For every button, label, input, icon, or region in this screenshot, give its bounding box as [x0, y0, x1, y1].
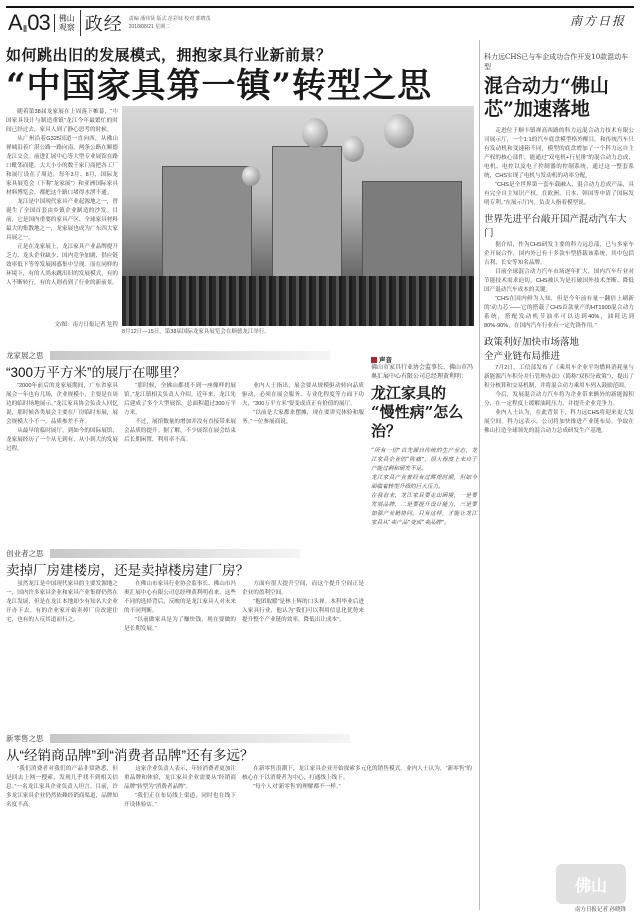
- paragraph: 在新零售浪潮下，龙江家具企业开始探索多元化的销售模式。业内人士认为，“新零售”的…: [242, 765, 472, 783]
- section-name: 政经: [80, 10, 123, 36]
- section-tag: 龙家展之思: [6, 350, 330, 361]
- voice-title: 龙江家具的“慢性病”怎么治？: [371, 384, 477, 441]
- section-city: 佛山观察: [54, 14, 80, 32]
- watermark-logo: 佛山: [556, 864, 626, 904]
- sidebar-body: 据介绍，作为CHS研发主要的科力远总部，已与多家车企开展合作，国内外已有十多款车…: [484, 241, 634, 331]
- paragraph: “抱团取暖”是林上辉的口头禅。本科毕业后进入家具行业，他认为“我们可以利用信息化…: [242, 598, 364, 625]
- lead-paragraph: 正是在龙家展上，龙江家具产业品牌提升乏力、龙头企业缺少、国内竞争加剧、供应链效率…: [6, 243, 118, 288]
- paragraph: “每个人对‘新零售’的理解都不一样。”: [242, 783, 472, 792]
- paragraph: “2000年前后的龙家展期间，广东省家具展会一年也有几场，企业规模小，主要是在周…: [6, 382, 118, 427]
- sidebar-paragraph: 走进位于顺丰镇禅高西路的科力远混合动力技术有限公司展示厅，一个1:1的汽车底盘模…: [484, 127, 634, 181]
- footer-byline: 南方日报记者 孙晓锋: [575, 905, 626, 913]
- paragraph: “以前是大家都来摆摊，现在要讲究体验和服务。”一位参展商说。: [242, 409, 364, 427]
- lead-article: 随着第38届龙家展在上周落下帷幕，“中国家具设计与制造重镇”龙江今年最繁忙的时间…: [6, 108, 118, 288]
- sidebar-kicker: 科力远CHS已与车企成功合作开发10款混动车型: [484, 52, 634, 72]
- paragraph: 方面有很大提升空间，而这个提升空间正是企业的盈利空间。: [242, 580, 364, 598]
- page-masthead: AII03 佛山观察 政经 责编 潘伟贤 版式 范彩妹 校对 郭晓茂2018/0…: [8, 12, 408, 34]
- article-column: 虽然龙江是中国现代家具的主要发源地之一，国内许多家具企业和家具产业集群仍然在龙江…: [6, 580, 118, 625]
- balloon-shape: [384, 114, 414, 148]
- sidebar-body: 走进位于顺丰镇禅高西路的科力远混合动力技术有限公司展示厅，一个1:1的汽车底盘模…: [484, 127, 634, 208]
- paragraph: 虽然龙江是中国现代家具的主要发源地之一，国内许多家具企业和家具产业集群仍然在龙江…: [6, 580, 118, 625]
- main-headline: “中国家具第一镇”转型之思: [6, 66, 432, 106]
- expo-photo: [122, 106, 474, 326]
- article-column: 方面有很大提升空间，而这个提升空间正是企业的盈利空间。 “抱团取暖”是林上辉的口…: [242, 580, 364, 625]
- sidebar-body: 7月2日，工信部发布了《乘用车企业平均燃料消耗量与新能源汽车积分并行管理办法》（…: [484, 364, 634, 436]
- article-column: 这家企业负责人表示，年轻消费者更加注重品牌和体验，龙江家具企业需要从“经销商品牌…: [124, 765, 236, 810]
- sidebar-paragraph: 7月2日，工信部发布了《乘用车企业平均燃料消耗量与新能源汽车积分并行管理办法》（…: [484, 364, 634, 391]
- paragraph: 业内人士指出，展会要从规模驱动转向品质驱动，必须在展会服务、专业化程度等方面下功…: [242, 382, 364, 409]
- building-shape: [162, 166, 252, 286]
- red-square-icon: [371, 357, 377, 363]
- newspaper-logo: 南方日报: [570, 12, 626, 29]
- section-title: “300万平方米”的展厅在哪里？: [6, 361, 186, 381]
- paragraph: “以前做家具是为了赚快钱，现在要做的是长期发展。”: [124, 616, 236, 634]
- sidebar-subhead: 世界先进平台敲开国产混动汽车大门: [484, 211, 634, 239]
- article-column: 业内人士指出，展会要从规模驱动转向品质驱动，必须在展会服务、专业化程度等方面下功…: [242, 382, 364, 427]
- sidebar-paragraph: 据介绍，作为CHS研发主要的科力远总部，已与多家车企开展合作，国内外已有十多款车…: [484, 241, 634, 268]
- sidebar-paragraph: “CHS在国内鲜为人知，但是今年前有量一翻倍上刷新的‘动力芯’——它的搭载了CH…: [484, 295, 634, 331]
- paragraph: 龙江家具产业曾经有过辉煌时期，但如今面临着转型升级的巨大压力。: [371, 474, 477, 492]
- article-column: 在佛山市家具行业协会监事长、佛山市冯奥汇展中心有限公司总经理黄利明看来，这些不同…: [124, 580, 236, 634]
- sidebar-title: 混合动力“佛山芯”加速落地: [484, 75, 634, 121]
- section-title: 卖掉厂房建楼房，还是卖掉楼房建厂房？: [6, 559, 249, 579]
- paragraph: “所有一切”首先源自传统的生产业态，龙江家具企业的“阵痛”，很大程度上来自于产能…: [371, 447, 477, 474]
- sidebar-subhead: 政策利好加快市场落地全产业链布局推进: [484, 334, 634, 362]
- article-column: “那时候，全佛山都找不到一座像样的展馆。”龙江镇相关负责人介绍。近年来，龙江先后…: [124, 382, 236, 445]
- voice-tag: 声音: [371, 355, 477, 364]
- crowd-shape: [122, 276, 474, 326]
- lead-paragraph: 从广州沿着G325国道一直向西，从佛山禅城沿着广湛公路一路向南，两条公路在顺德龙…: [6, 135, 118, 198]
- lead-byline: 文/图：南方日报记者 危程: [6, 320, 118, 328]
- main-kicker: 如何跳出旧的发展模式，拥抱家具行业新前景？: [6, 44, 332, 65]
- balloon-shape: [342, 136, 364, 162]
- sidebar-paragraph: “CHS是全世界第一套车载融入，混合动力总成产品，具有完全自主知识产权，在欧洲、…: [484, 181, 634, 208]
- building-shape: [362, 181, 462, 286]
- paragraph: 在我看来，龙江家具要走出困境，一是要发展品牌，二是要提升设计能力，三是要加强产业…: [371, 492, 477, 528]
- paragraph: “那时候，全佛山都找不到一座像样的展馆。”龙江镇相关负责人介绍。近年来，龙江先后…: [124, 382, 236, 418]
- section-title: 从“经销商品牌”到“消费者品牌”还有多远？: [6, 744, 253, 764]
- article-column: “我们消费者对我们的产品非常熟悉，但是回去上网一搜索，发现几乎找不到相关信息。”…: [6, 765, 118, 810]
- sidebar-paragraph: 业内人士认为，在此背景下，科力远CHS将迎来更大发展空间。科力远表示，公司将加快…: [484, 409, 634, 436]
- article-column: 在新零售浪潮下，龙江家具企业开始探索多元化的销售模式。业内人士认为，“新零售”的…: [242, 765, 472, 792]
- paragraph: 从最早的临时展厅，到如今的国际展馆，龙家展经历了一个从无到有、从小到大的发展过程…: [6, 427, 118, 454]
- sidebar-paragraph: 今后，发展混合动力汽车将为企业带来额外的新能源积分，在一定程度上缓解油耗压力，并…: [484, 391, 634, 409]
- section-tag: 创业者之思: [6, 548, 300, 559]
- lead-paragraph: 龙江是中国现代家具产业起源地之一，曾诞生了全国首套由乡镇企业制造的沙发。目前，它…: [6, 198, 118, 243]
- voice-body: “所有一切”首先源自传统的生产业态，龙江家具企业的“阵痛”，很大程度上来自于产能…: [371, 447, 477, 528]
- photo-caption: 8月12日—15日，第38届国际龙家具展览会在顺德龙江举行。: [122, 327, 474, 335]
- paragraph: 在佛山市家具行业协会监事长、佛山市冯奥汇展中心有限公司总经理黄利明看来，这些不同…: [124, 580, 236, 616]
- column-divider: [479, 40, 480, 910]
- building-shape: [272, 146, 342, 286]
- balloon-shape: [242, 166, 260, 186]
- voice-box: 声音 佛山市家具行业协会监事长、佛山市冯奥汇展中心有限公司总经理黄利明： 龙江家…: [371, 355, 477, 528]
- paragraph: 不过，展馆数量的增加并没有直接带来展会品质的提升。据了解，不少展馆在展会结束后长…: [124, 418, 236, 445]
- paragraph: “我们正在布局线上渠道，同时也在线下开设体验店。”: [124, 792, 236, 810]
- balloon-shape: [302, 118, 328, 148]
- page-number: AII03: [8, 10, 50, 36]
- top-rule: [6, 6, 634, 8]
- paragraph: “我们消费者对我们的产品非常熟悉，但是回去上网一搜索，发现几乎找不到相关信息。”…: [6, 765, 118, 810]
- lead-paragraph: 随着第38届龙家展在上周落下帷幕，“中国家具设计与制造重镇”龙江今年最繁忙的时间…: [6, 108, 118, 135]
- article-column: “2000年前后的龙家展期间，广东省家具展会一年也有几场，企业规模小，主要是在周…: [6, 382, 118, 454]
- editor-credits: 责编 潘伟贤 版式 范彩妹 校对 郭晓茂2018/08/21 星期二: [129, 15, 211, 31]
- voice-speaker: 佛山市家具行业协会监事长、佛山市冯奥汇展中心有限公司总经理黄利明：: [371, 364, 477, 382]
- section-tag: 新零售之思: [6, 733, 350, 744]
- paragraph: 这家企业负责人表示，年轻消费者更加注重品牌和体验，龙江家具企业需要从“经销商品牌…: [124, 765, 236, 792]
- sidebar-article: 科力远CHS已与车企成功合作开发10款混动车型 混合动力“佛山芯”加速落地 走进…: [484, 52, 634, 436]
- sidebar-paragraph: 目前全球混合动力汽车市场逐年扩大，国内汽车行业对节能技术需求迫切，CHS被认为是…: [484, 268, 634, 295]
